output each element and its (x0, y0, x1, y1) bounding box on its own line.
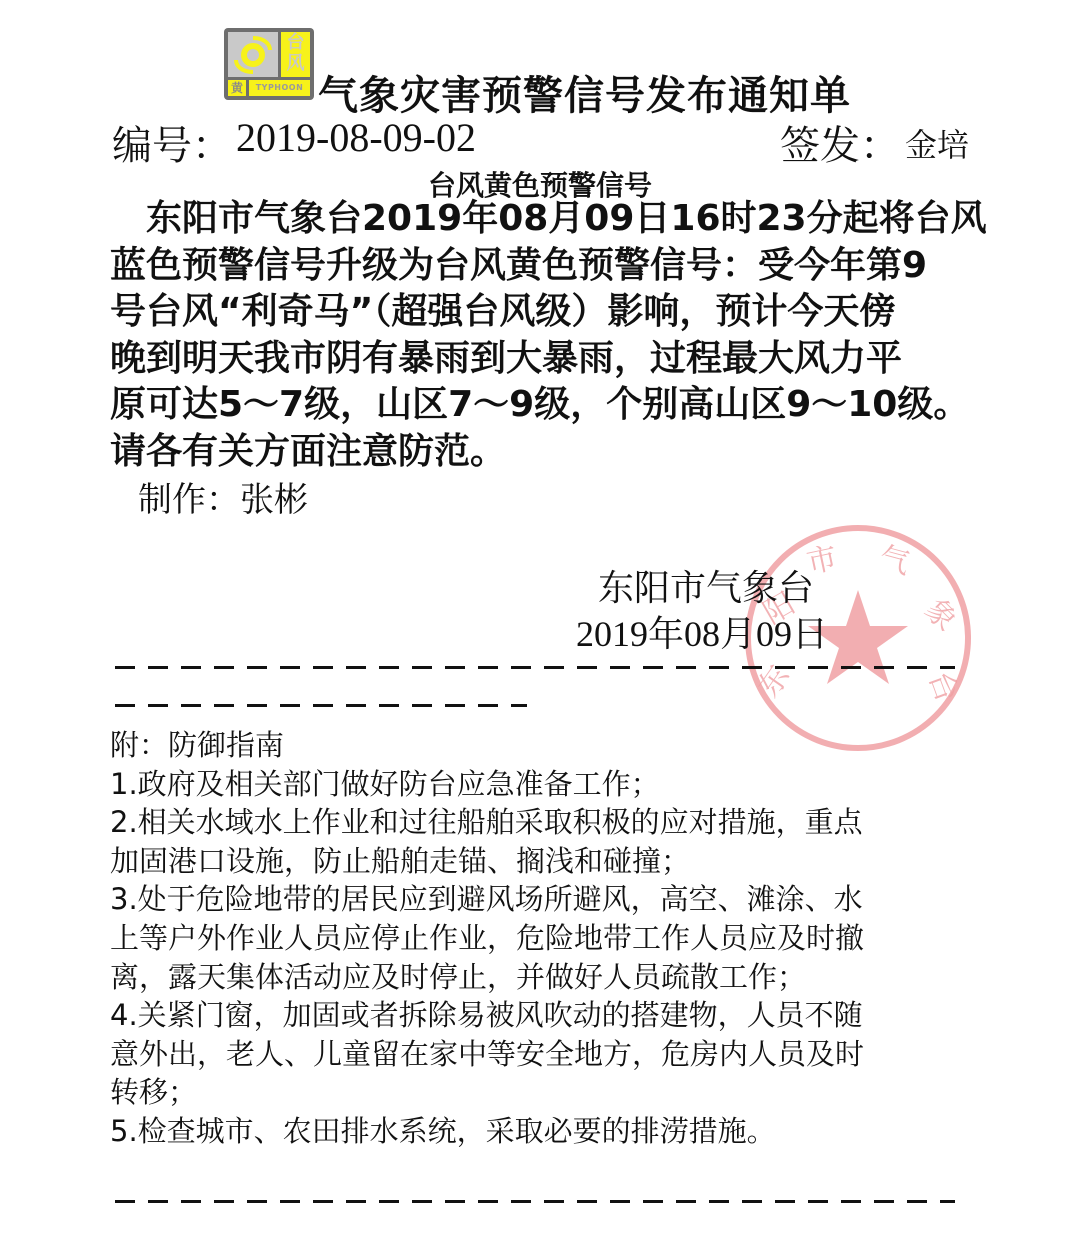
svg-text:台: 台 (921, 667, 964, 707)
typhoon-yellow-warning-icon: 台风 黄 TYPHOON (224, 28, 314, 100)
guide-line: 4.关紧门窗，加固或者拆除易被风吹动的搭建物，人员不随 (110, 996, 990, 1035)
body-line: 晚到明天我市阴有暴雨到大暴雨，过程最大风力平 (110, 336, 980, 383)
body-line: 原可达5～7级，山区7～9级，个别高山区9～10级。 (110, 382, 980, 429)
guide-line: 离，露天集体活动应及时停止，并做好人员疏散工作； (110, 958, 990, 997)
guide-line: 上等户外作业人员应停止作业，危险地带工作人员应及时撤 (110, 919, 990, 958)
body-line: 东阳市气象台2019年08月09日16时23分起将台风 (110, 196, 980, 243)
issue-date: 2019年08月09日 (576, 606, 828, 657)
guide-title: 附：防御指南 (110, 726, 990, 765)
issuer-org: 东阳市气象台 (598, 560, 814, 611)
divider-dashed (115, 704, 527, 707)
body-line: 请各有关方面注意防范。 (110, 429, 980, 476)
guide-line: 3.处于危险地带的居民应到避风场所避风，高空、滩涂、水 (110, 880, 990, 919)
guide-line: 1.政府及相关部门做好防台应急准备工作； (110, 765, 990, 804)
divider-dashed (115, 666, 955, 669)
typhoon-symbol-panel (228, 32, 278, 77)
svg-text:气: 气 (875, 540, 913, 582)
guide-line: 意外出，老人、儿童留在家中等安全地方，危房内人员及时 (110, 1035, 990, 1074)
signer-label: 签发： (780, 114, 900, 171)
maker-credit: 制作：张彬 (138, 472, 308, 521)
english-label: TYPHOON (249, 80, 310, 96)
body-line: 号台风“利奇马”（超强台风级）影响，预计今天傍 (110, 289, 980, 336)
document-title: 气象灾害预警信号发布通知单 (318, 64, 851, 121)
typhoon-swirl-icon (234, 36, 272, 74)
serial-number: 2019-08-09-02 (236, 114, 476, 161)
typhoon-label: 台风 (281, 32, 310, 77)
svg-text:象: 象 (918, 592, 964, 638)
divider-dashed (115, 1200, 955, 1203)
level-label: 黄 (228, 80, 246, 96)
guide-line: 转移； (110, 1073, 990, 1112)
serial-label: 编号： (112, 114, 232, 171)
defense-guide: 附：防御指南 1.政府及相关部门做好防台应急准备工作； 2.相关水域水上作业和过… (110, 726, 990, 1151)
guide-line: 加固港口设施，防止船舶走锚、搁浅和碰撞； (110, 842, 990, 881)
signer-name: 金培 (905, 120, 969, 166)
warning-body: 东阳市气象台2019年08月09日16时23分起将台风 蓝色预警信号升级为台风黄… (110, 196, 980, 475)
body-line: 蓝色预警信号升级为台风黄色预警信号：受今年第9 (110, 243, 980, 290)
guide-line: 2.相关水域水上作业和过往船舶采取积极的应对措施，重点 (110, 803, 990, 842)
guide-line: 5.检查城市、农田排水系统，采取必要的排涝措施。 (110, 1112, 990, 1151)
